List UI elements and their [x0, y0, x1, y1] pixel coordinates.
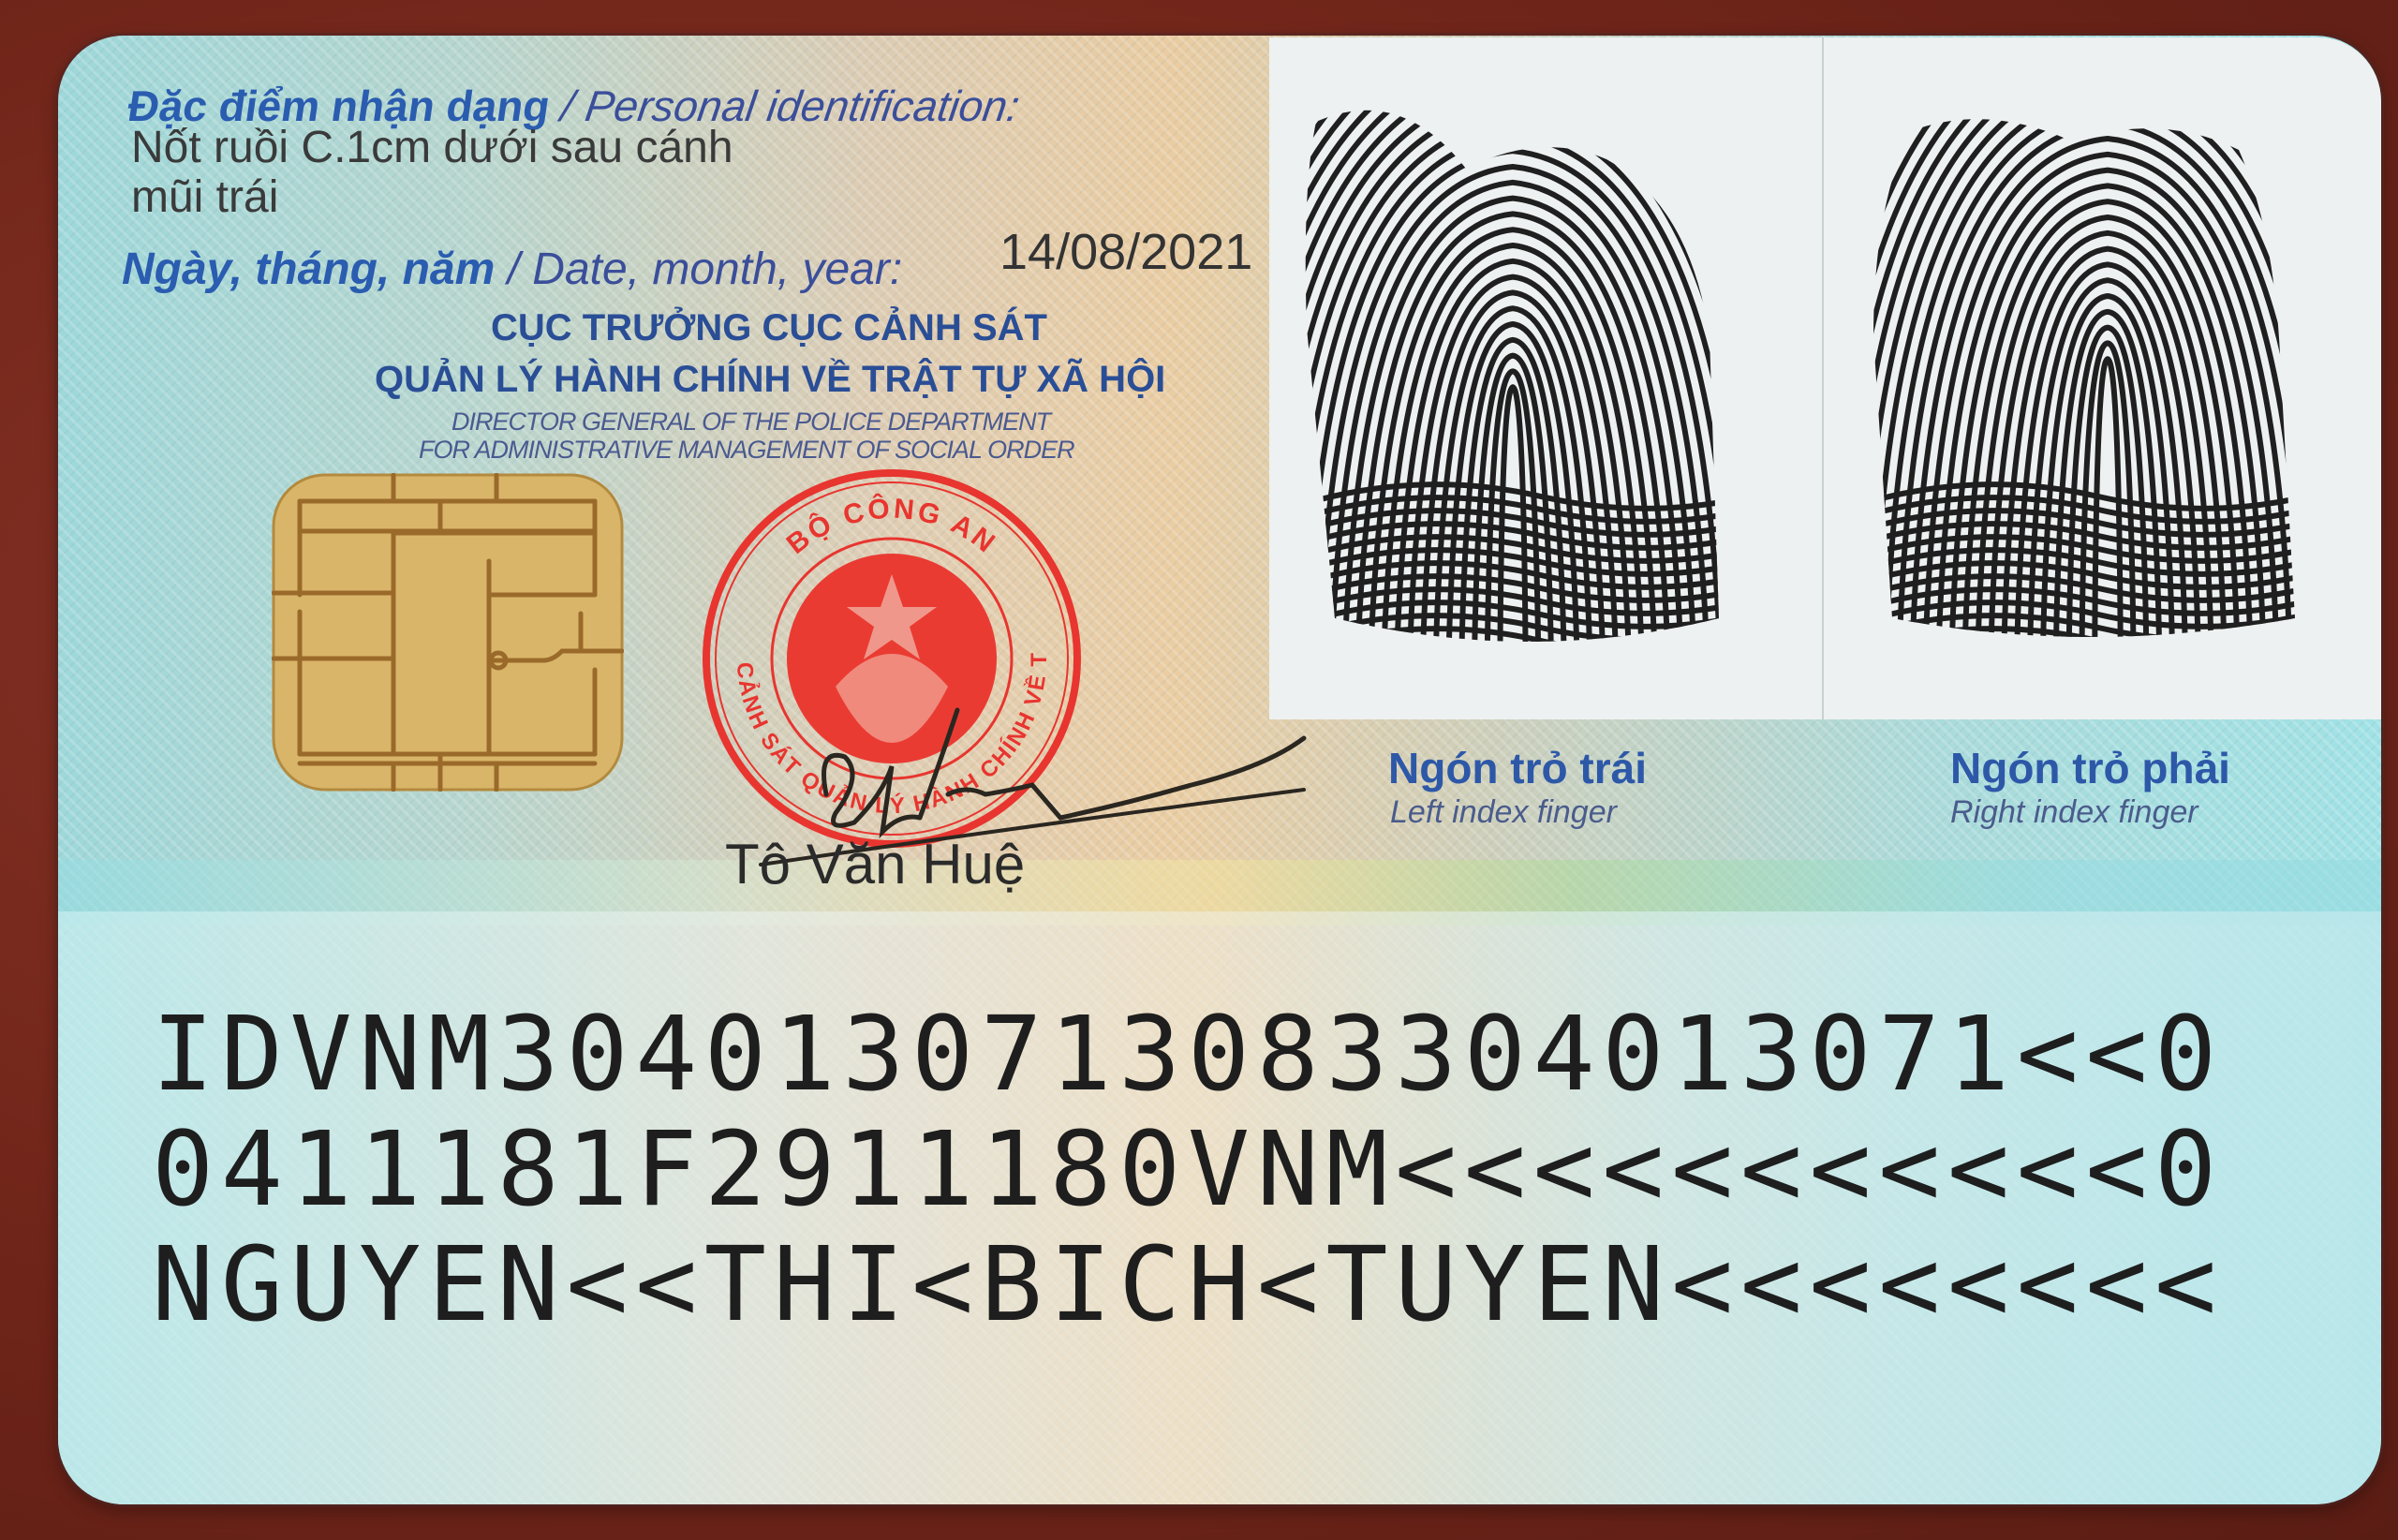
- left-index-finger-label-vi: Ngón trỏ trái: [1388, 743, 1647, 793]
- label-separator: /: [495, 244, 532, 294]
- issue-date-value: 14/08/2021: [999, 223, 1252, 281]
- left-index-finger-label-en: Left index finger: [1390, 794, 1617, 831]
- right-index-finger-label-vi: Ngón trỏ phải: [1950, 743, 2230, 793]
- mrz-line-2: 0411181F2911180VNM<<<<<<<<<<<0: [152, 1118, 2224, 1221]
- svg-text:BỘ CÔNG AN: BỘ CÔNG AN: [781, 493, 1002, 561]
- personal-identification-value-line2: mũi trái: [131, 171, 278, 223]
- issue-date-label-vi: Ngày, tháng, năm: [122, 244, 495, 294]
- fingerprint-divider: [1822, 37, 1824, 719]
- mrz-line-1: IDVNM3040130713083304013071<<0: [152, 1002, 2224, 1105]
- personal-identification-value-line1: Nốt ruồi C.1cm dưới sau cánh: [131, 122, 733, 173]
- authority-title-vi-line2: QUẢN LÝ HÀNH CHÍNH VỀ TRẬT TỰ XÃ HỘI: [375, 359, 1165, 401]
- signer-name: Tô Văn Huệ: [725, 832, 1025, 896]
- issue-date-label-en: Date, month, year:: [532, 244, 902, 294]
- fingerprint-panel: [1269, 37, 2381, 719]
- issue-date-label: Ngày, tháng, năm / Date, month, year:: [122, 244, 902, 295]
- right-index-finger-label-en: Right index finger: [1950, 794, 2198, 831]
- smart-chip-icon: [272, 473, 624, 792]
- authority-title-en-line1: DIRECTOR GENERAL OF THE POLICE DEPARTMEN…: [451, 407, 1050, 437]
- authority-title-en-line2: FOR ADMINISTRATIVE MANAGEMENT OF SOCIAL …: [419, 436, 1074, 465]
- mrz-line-3: NGUYEN<<THI<BICH<TUYEN<<<<<<<<: [152, 1233, 2224, 1336]
- left-fingerprint-image: [1297, 94, 1784, 674]
- right-fingerprint-image: [1855, 94, 2342, 674]
- stamp-top-text: BỘ CÔNG AN: [781, 493, 1002, 561]
- authority-title-vi-line1: CỤC TRƯỞNG CỤC CẢNH SÁT: [491, 307, 1047, 349]
- id-card-back: Đặc điểm nhận dạng / Personal identifica…: [58, 36, 2381, 1504]
